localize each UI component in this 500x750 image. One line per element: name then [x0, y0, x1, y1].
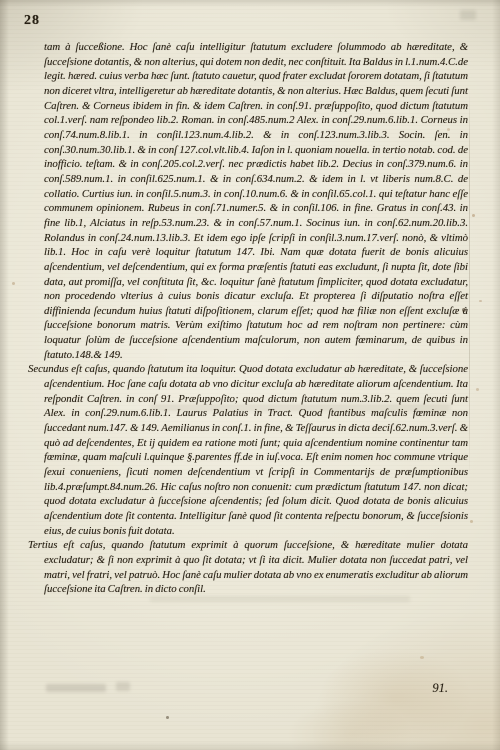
- ink-speck: [166, 716, 169, 719]
- foxing-speck: [476, 388, 479, 391]
- paragraph-secundus-casus: Secundus eſt caſus, quando ſtatutum ita …: [44, 362, 468, 538]
- ink-bleedthrough: [150, 404, 450, 411]
- foxing-speck: [470, 520, 473, 523]
- ink-bleedthrough: [150, 596, 410, 602]
- paragraph-tertius-casus: Tertius eſt caſus, quando ſtatutum expri…: [44, 538, 468, 597]
- text-block: tam à ſucceßione. Hoc ſanè caſu intellig…: [44, 40, 468, 597]
- foxing-speck: [472, 214, 475, 217]
- foxing-speck: [479, 300, 482, 302]
- catchword: 91.: [380, 681, 448, 696]
- scanned-book-page: 28 tam à ſucceßione. Hoc ſanè caſu intel…: [0, 0, 500, 750]
- foxing-speck: [12, 282, 15, 285]
- ink-smudge: [116, 682, 130, 691]
- foxing-speck: [447, 128, 450, 131]
- ink-smudge: [46, 684, 106, 692]
- paragraph-continuation: tam à ſucceßione. Hoc ſanè caſu intellig…: [44, 40, 468, 362]
- foxing-speck: [420, 656, 424, 659]
- ink-smudge: [460, 10, 476, 20]
- paper-crease: [469, 88, 470, 478]
- page-number: 28: [24, 13, 40, 29]
- ink-speck: [462, 308, 466, 312]
